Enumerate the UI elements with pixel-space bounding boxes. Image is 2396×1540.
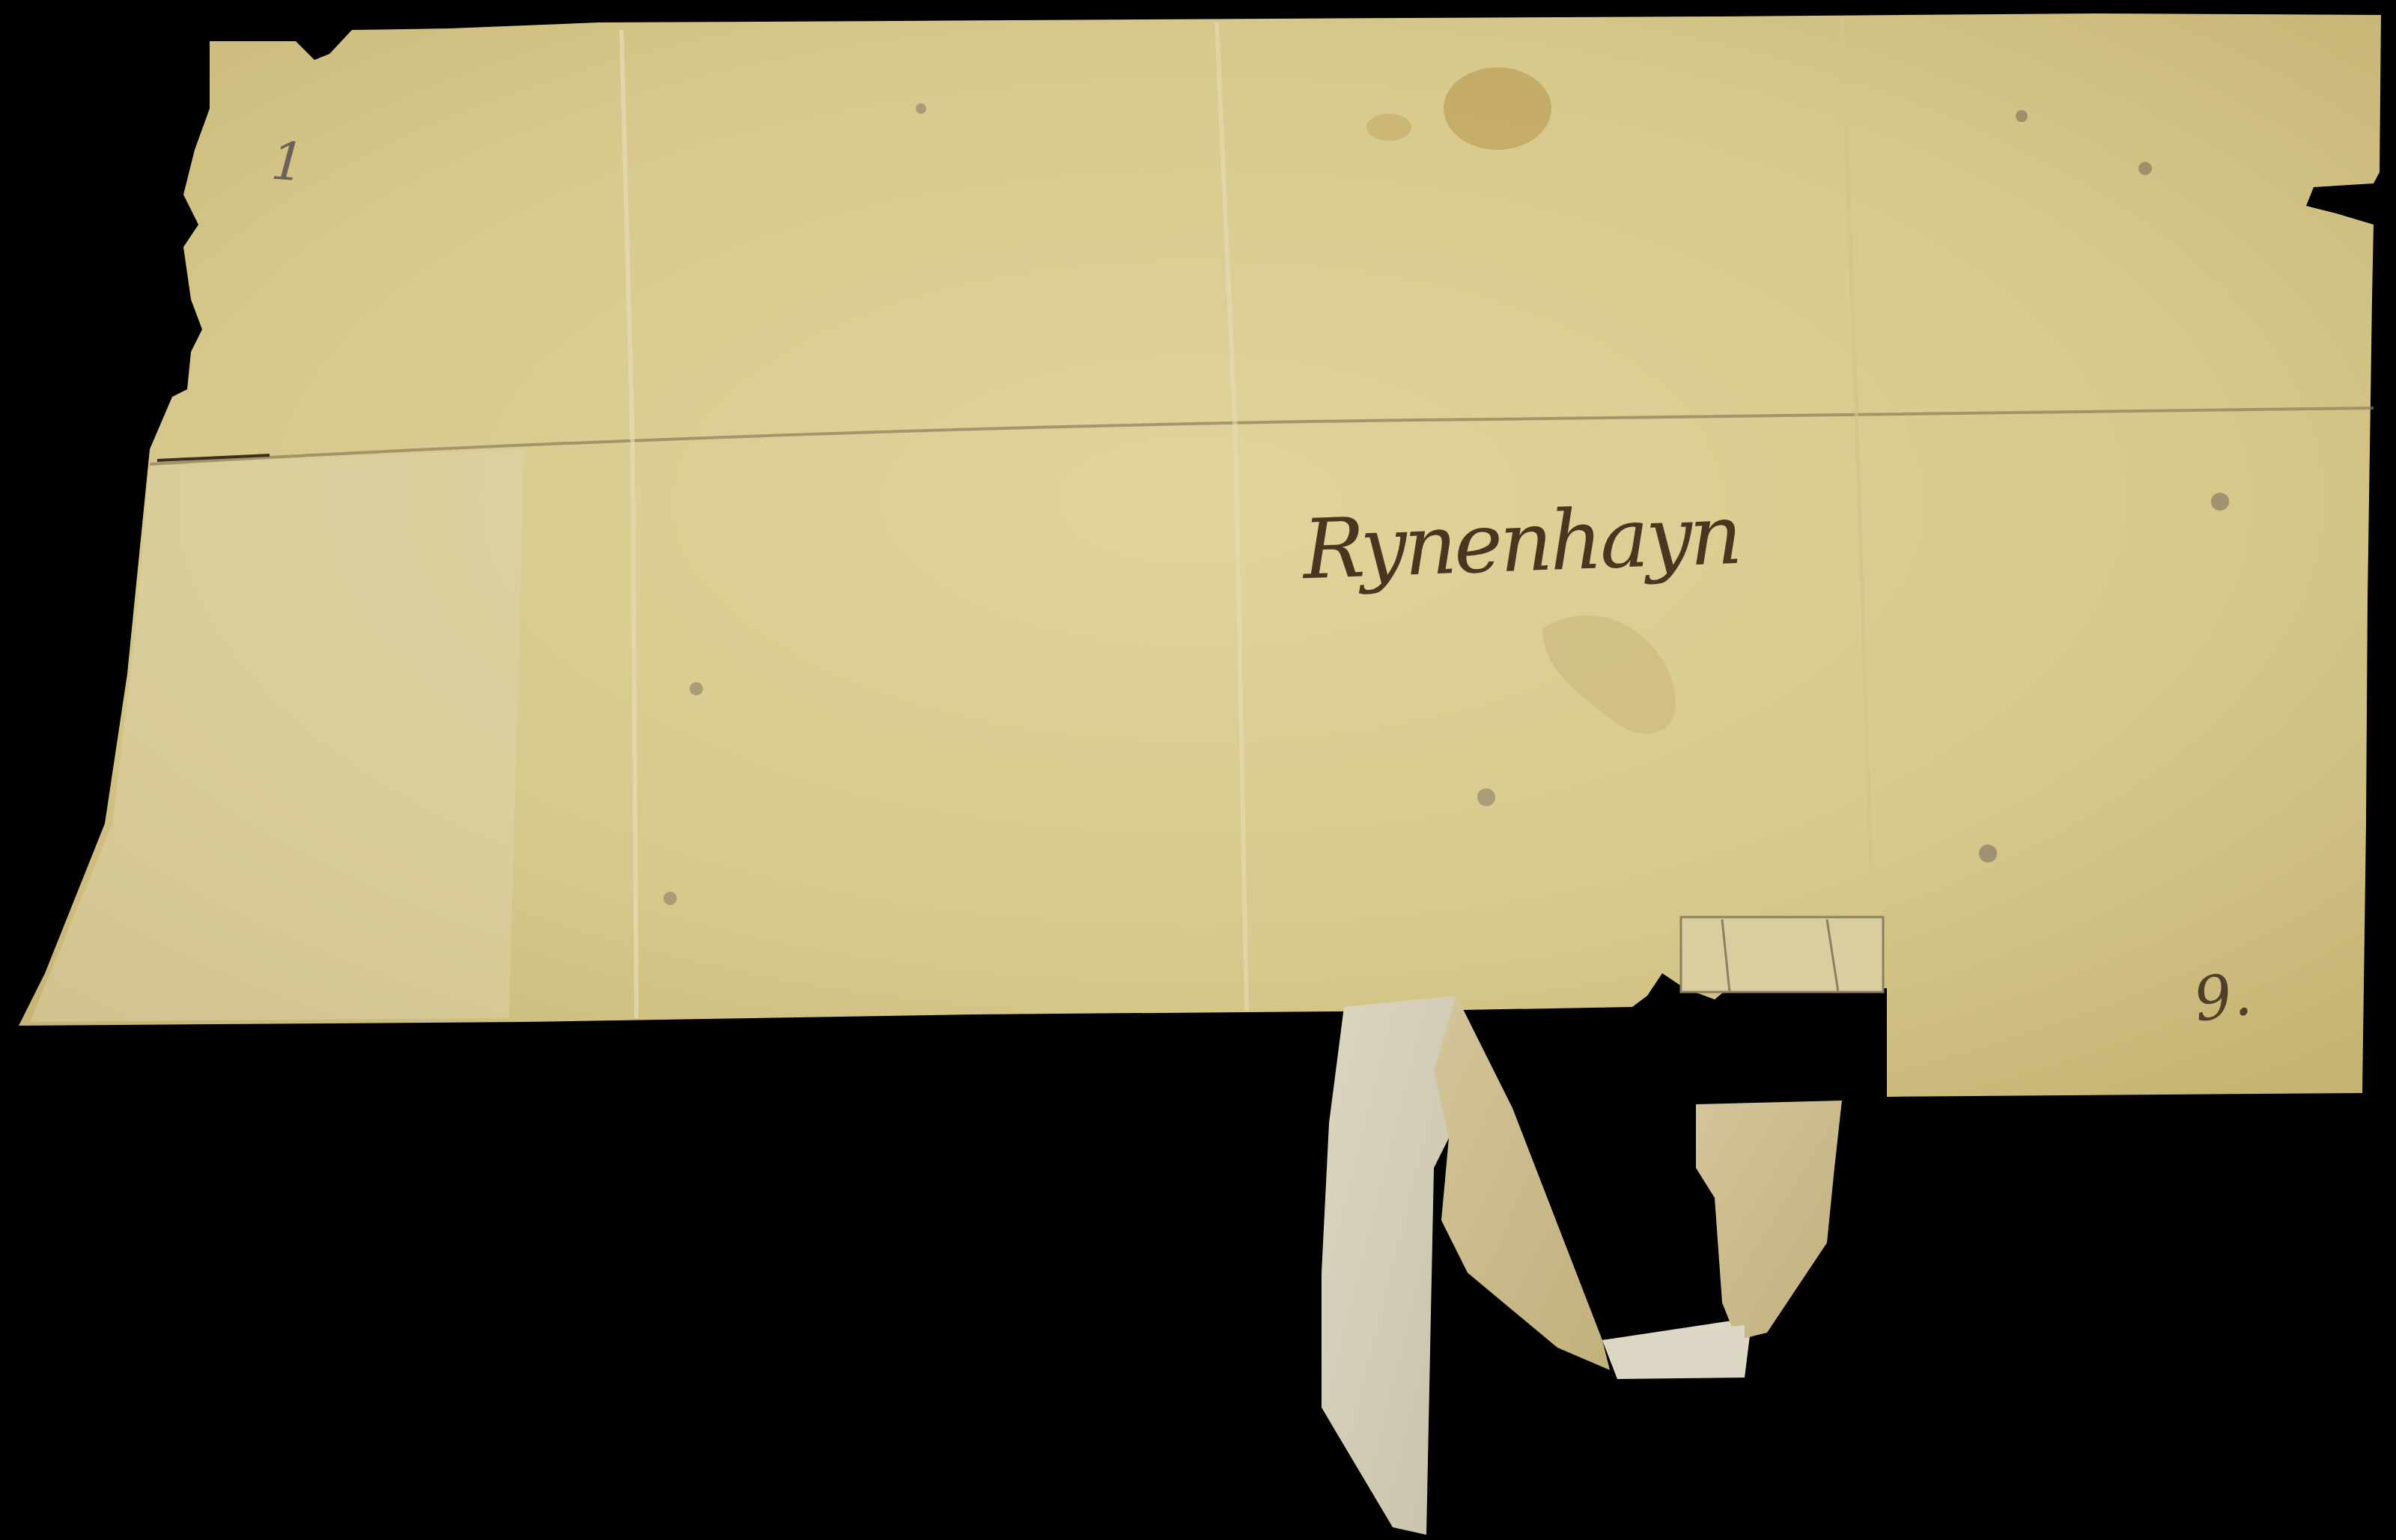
folio-number-top-left: 1 — [269, 130, 306, 194]
stain — [1444, 67, 1551, 150]
parchment-svg — [0, 0, 2396, 1540]
seal-slit — [1681, 917, 1883, 992]
seal-tag — [1322, 996, 1842, 1535]
worn-area — [30, 449, 524, 1022]
endorsement-text: Rynenhayn — [1301, 487, 1741, 597]
document-scan: 1 Rynenhayn 9. — [0, 0, 2396, 1540]
folio-number-bottom-right: 9. — [2189, 958, 2256, 1035]
